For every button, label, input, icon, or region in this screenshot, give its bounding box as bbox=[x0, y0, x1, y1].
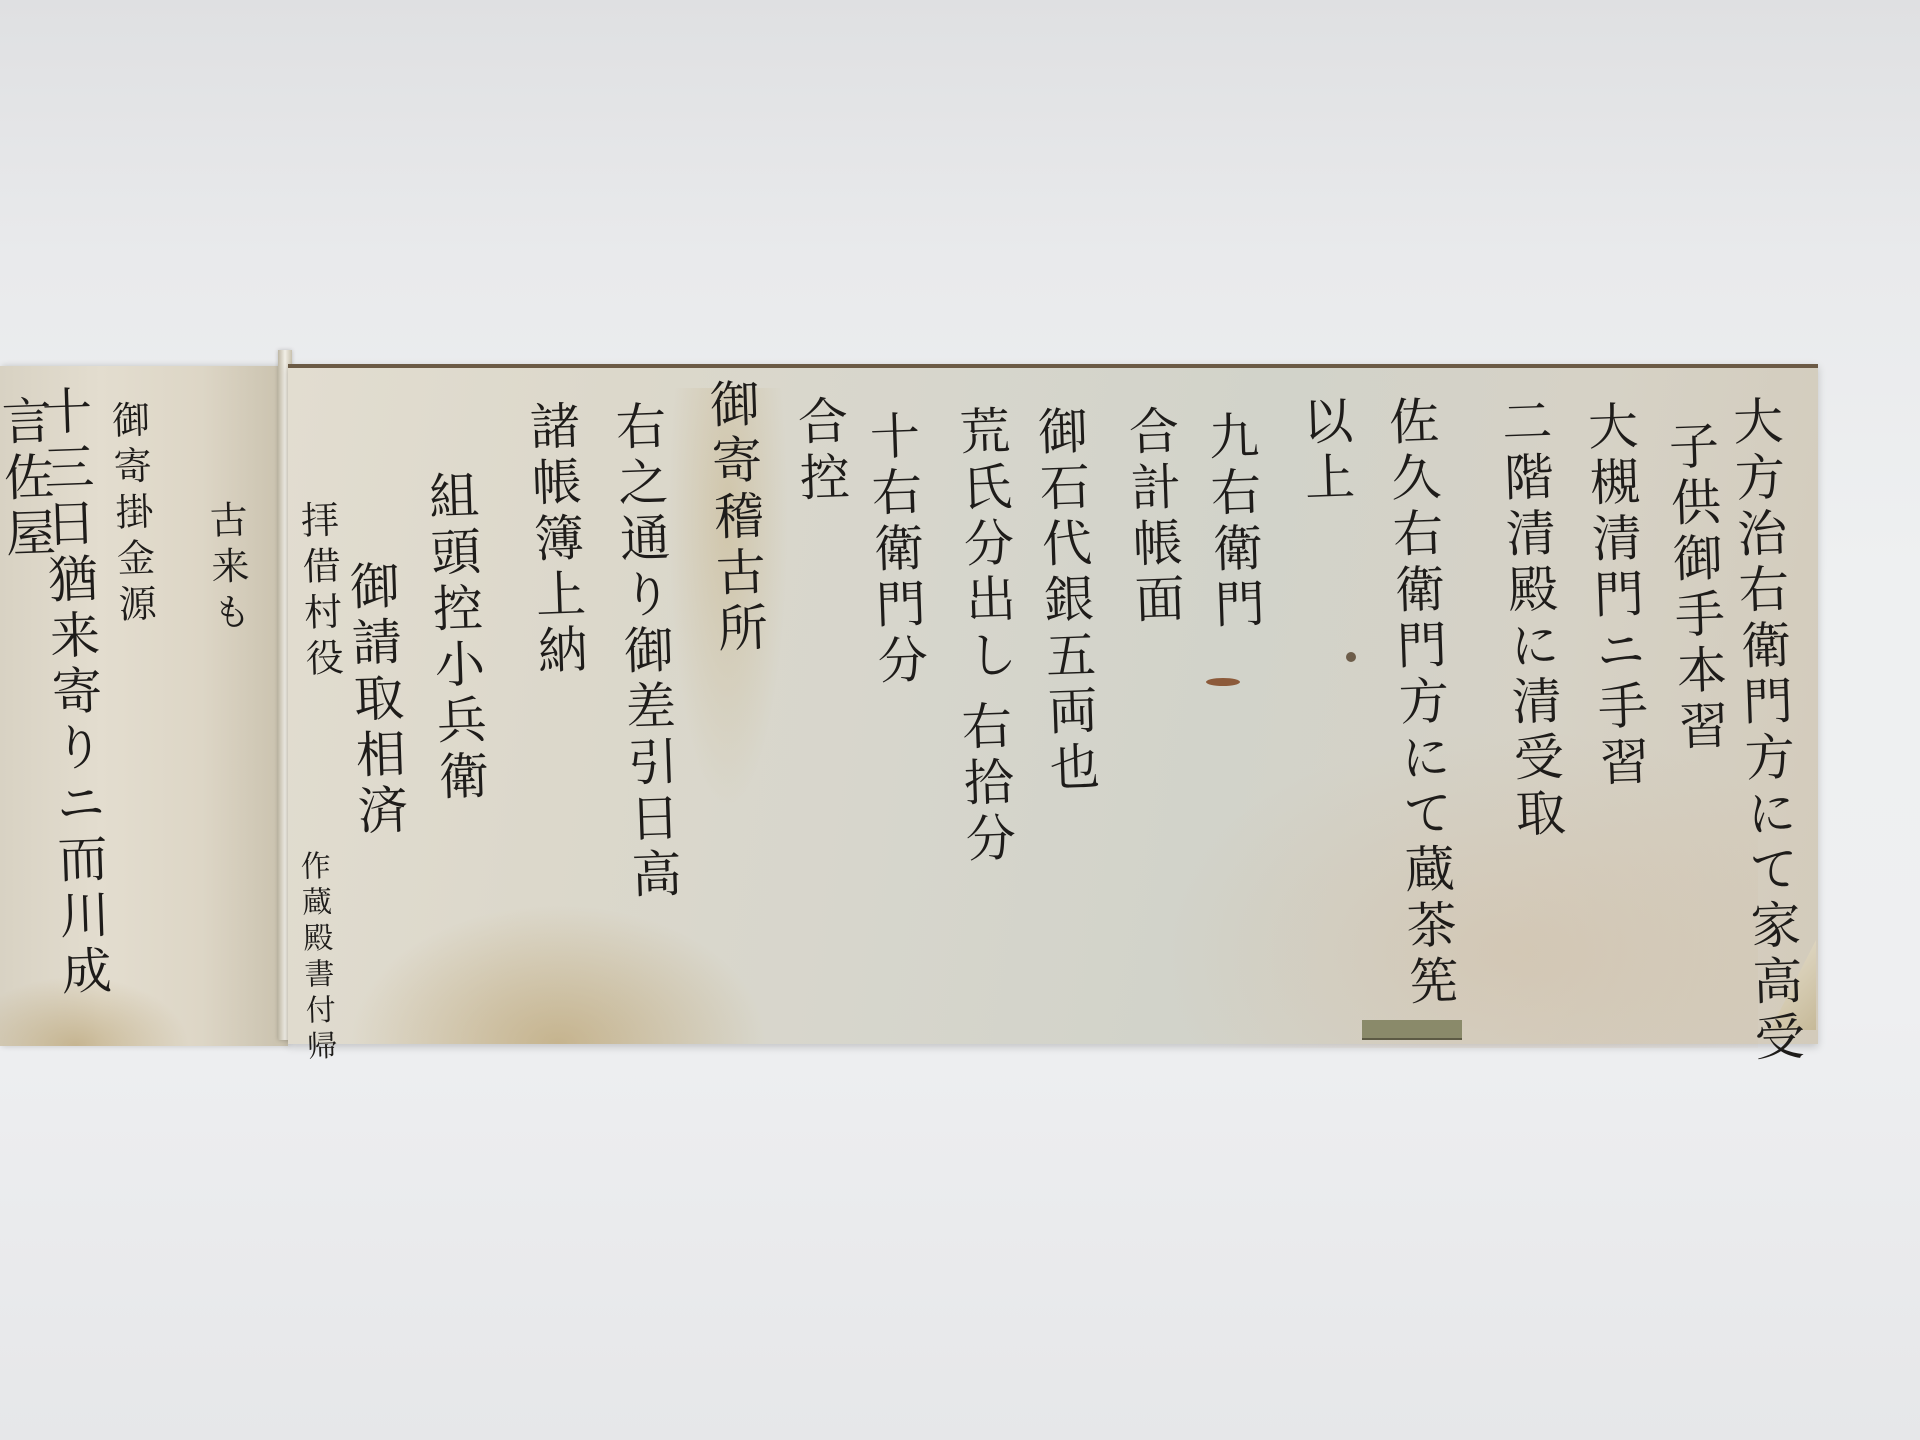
text-column: 作蔵殿書付帰 bbox=[296, 850, 334, 1067]
water-stain bbox=[348, 904, 768, 1044]
text-column: 諸帳簿上納 bbox=[525, 399, 585, 681]
text-column: 合計帳面 bbox=[1124, 404, 1182, 630]
text-column: 大槻清門ニ手習 bbox=[1583, 399, 1647, 793]
ink-dot bbox=[1346, 652, 1356, 662]
text-column: 御寄稽古所 bbox=[705, 377, 765, 659]
text-column: 九右衛門 bbox=[1204, 409, 1262, 635]
text-column: 組頭控小兵衛 bbox=[424, 469, 486, 807]
paper-tab bbox=[1362, 1020, 1462, 1040]
text-column: 御寄掛金源 bbox=[108, 399, 154, 630]
text-column: 荒氏分出し bbox=[955, 404, 1015, 686]
text-column: 御請取相済 bbox=[345, 559, 405, 841]
text-column: 古来も bbox=[206, 499, 249, 638]
text-column: 子供御手本習 bbox=[1664, 419, 1726, 757]
text-column: 十右衛門分 bbox=[865, 409, 925, 691]
text-column: 合控 bbox=[793, 394, 847, 508]
text-column: 拝借村役 bbox=[297, 499, 341, 684]
text-column: 御石代銀五両也 bbox=[1033, 404, 1097, 798]
text-column: 以上 bbox=[1298, 394, 1352, 508]
text-column: 右拾分 bbox=[957, 699, 1013, 869]
text-column: 二階清殿に清受取 bbox=[1497, 394, 1563, 843]
paper-damage bbox=[1206, 678, 1240, 686]
text-column: 言佐屋 bbox=[0, 394, 53, 564]
